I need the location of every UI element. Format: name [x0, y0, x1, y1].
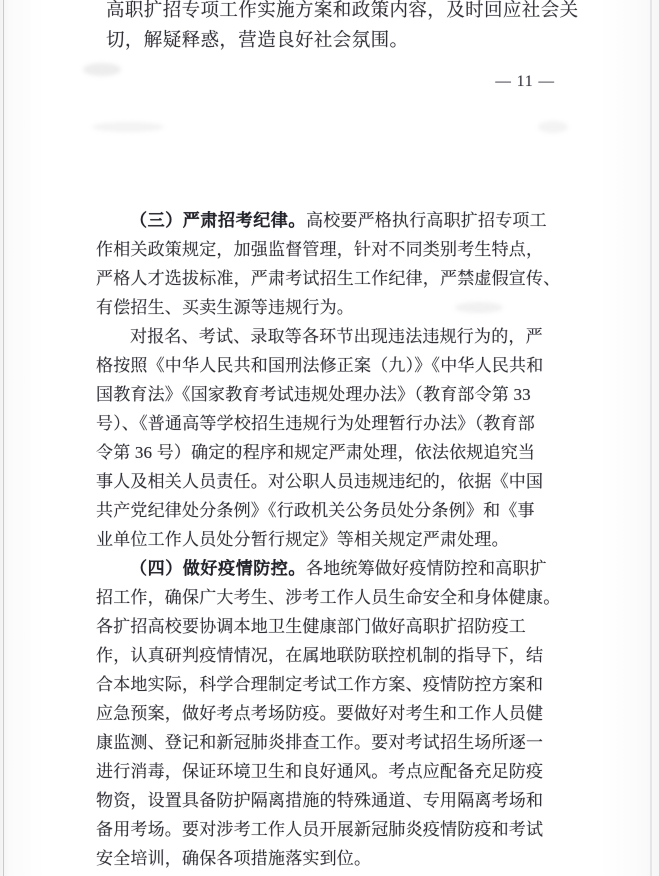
- text-line: （四）做好疫情防控。各地统筹做好疫情防控和高职扩: [96, 554, 507, 583]
- text-line: 共产党纪律处分条例》《行政机关公务员处分条例》和《事: [96, 496, 507, 525]
- text-line: 各扩招高校要协调本地卫生健康部门做好高职扩招防疫工: [96, 612, 507, 641]
- page-number: — 11 —: [435, 71, 555, 92]
- paragraph-heading: （三）严肃招考纪律。: [130, 211, 306, 230]
- text-line: 严格人才选拔标准，严肃考试招生工作纪律，严禁虚假宣传、: [96, 264, 507, 293]
- scanned-page: 高职扩招专项工作实施方案和政策内容，及时回应社会关切，解疑释惑，营造良好社会氛围…: [0, 0, 659, 876]
- text-line: 事人及相关人员责任。对公职人员违规违纪的，依据《中国: [96, 467, 507, 496]
- scan-smudge: [538, 121, 568, 133]
- previous-page-fragment: 高职扩招专项工作实施方案和政策内容，及时回应社会关切，解疑释惑，营造良好社会氛围…: [106, 0, 554, 56]
- text-line: 格按照《中华人民共和国刑法修正案（九）》《中华人民共和: [96, 351, 507, 380]
- page-left-edge-line: [3, 0, 4, 876]
- text-line: （三）严肃招考纪律。高校要严格执行高职扩招专项工: [96, 206, 507, 235]
- text-line: 进行消毒，保证环境卫生和良好通风。考点应配备充足防疫: [96, 757, 507, 786]
- text-line: 招工作，确保广大考生、涉考工作人员生命安全和身体健康。: [96, 583, 507, 612]
- text-line: 康监测、登记和新冠肺炎排查工作。要对考试招生场所逐一: [96, 728, 507, 757]
- text-line: 备用考场。要对涉考工作人员开展新冠肺炎疫情防疫和考试: [96, 815, 507, 844]
- text-line: 作，认真研判疫情情况，在属地联防联控机制的指导下，结: [96, 641, 507, 670]
- text-line: 对报名、考试、录取等各环节出现违法违规行为的，严: [96, 322, 507, 351]
- text-line: 应急预案，做好考点考场防疫。要做好对考生和工作人员健: [96, 699, 507, 728]
- text-line: 令第 36 号）确定的程序和规定严肃处理，依法依规追究当: [96, 438, 507, 467]
- paragraph-heading: （四）做好疫情防控。: [130, 559, 306, 578]
- text-line: 有偿招生、买卖生源等违规行为。: [96, 293, 507, 322]
- text-line: 安全培训，确保各项措施落实到位。: [96, 844, 507, 873]
- scan-smudge: [92, 122, 164, 132]
- scan-smudge: [83, 63, 121, 76]
- text-line: 号）、《普通高等学校招生违规行为处理暂行办法》（教育部: [96, 409, 507, 438]
- text-line: 国教育法》《国家教育考试违规处理办法》（教育部令第 33: [96, 380, 507, 409]
- text-line: 物资，设置具备防护隔离措施的特殊通道、专用隔离考场和: [96, 786, 507, 815]
- text-line: 作相关政策规定，加强监督管理，针对不同类别考生特点，: [96, 235, 507, 264]
- text-line: 业单位工作人员处分暂行规定》等相关规定严肃处理。: [96, 525, 507, 554]
- page-right-edge-line: [650, 0, 652, 876]
- text-line: 高职扩招专项工作实施方案和政策内容，及时回应社会关: [106, 0, 554, 27]
- text-line: 合本地实际，科学合理制定考试工作方案、疫情防控方案和: [96, 670, 507, 699]
- text-line: 切，解疑释惑，营造良好社会氛围。: [106, 27, 554, 57]
- document-body: （三）严肃招考纪律。高校要严格执行高职扩招专项工作相关政策规定，加强监督管理，针…: [96, 206, 507, 873]
